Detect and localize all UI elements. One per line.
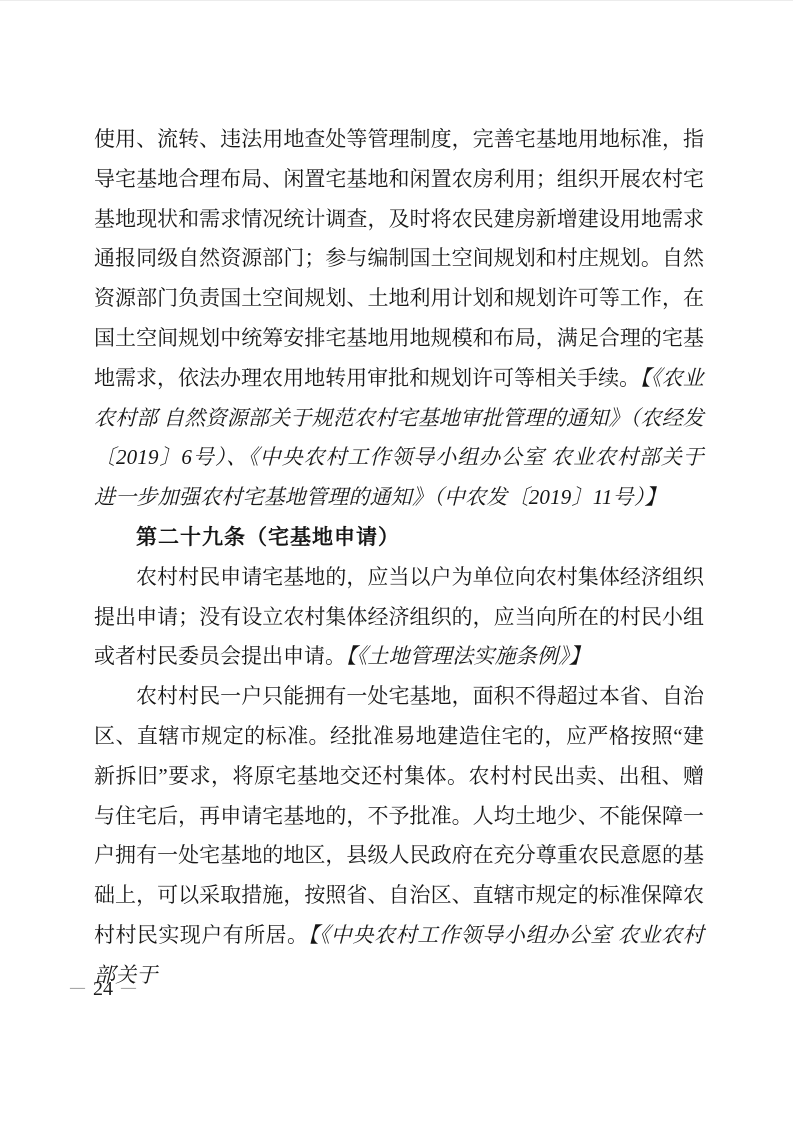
- paragraph-text: 农村村民一户只能拥有一处宅基地，面积不得超过本省、自治区、直辖市规定的标准。经批…: [94, 684, 704, 947]
- article-heading: 第二十九条（宅基地申请）: [94, 518, 704, 558]
- paragraph-one-household: 农村村民一户只能拥有一处宅基地，面积不得超过本省、自治区、直辖市规定的标准。经批…: [94, 677, 704, 995]
- citation-text: 【《土地管理法实施条例》】: [346, 644, 590, 668]
- paragraph-application: 农村村民申请宅基地的，应当以户为单位向农村集体经济组织提出申请；没有设立农村集体…: [94, 558, 704, 677]
- footer-dash-left: —: [70, 981, 85, 996]
- footer-dash-right: —: [121, 981, 136, 996]
- paragraph-continuation: 使用、流转、违法用地查处等管理制度，完善宅基地用地标准，指导宅基地合理布局、闲置…: [94, 120, 704, 518]
- document-page: 使用、流转、违法用地查处等管理制度，完善宅基地用地标准，指导宅基地合理布局、闲置…: [0, 0, 793, 1122]
- page-number: 24: [93, 978, 113, 1001]
- page-footer: — 24 —: [70, 975, 136, 1003]
- paragraph-text: 使用、流转、违法用地查处等管理制度，完善宅基地用地标准，指导宅基地合理布局、闲置…: [94, 127, 704, 390]
- document-body: 使用、流转、违法用地查处等管理制度，完善宅基地用地标准，指导宅基地合理布局、闲置…: [94, 120, 704, 996]
